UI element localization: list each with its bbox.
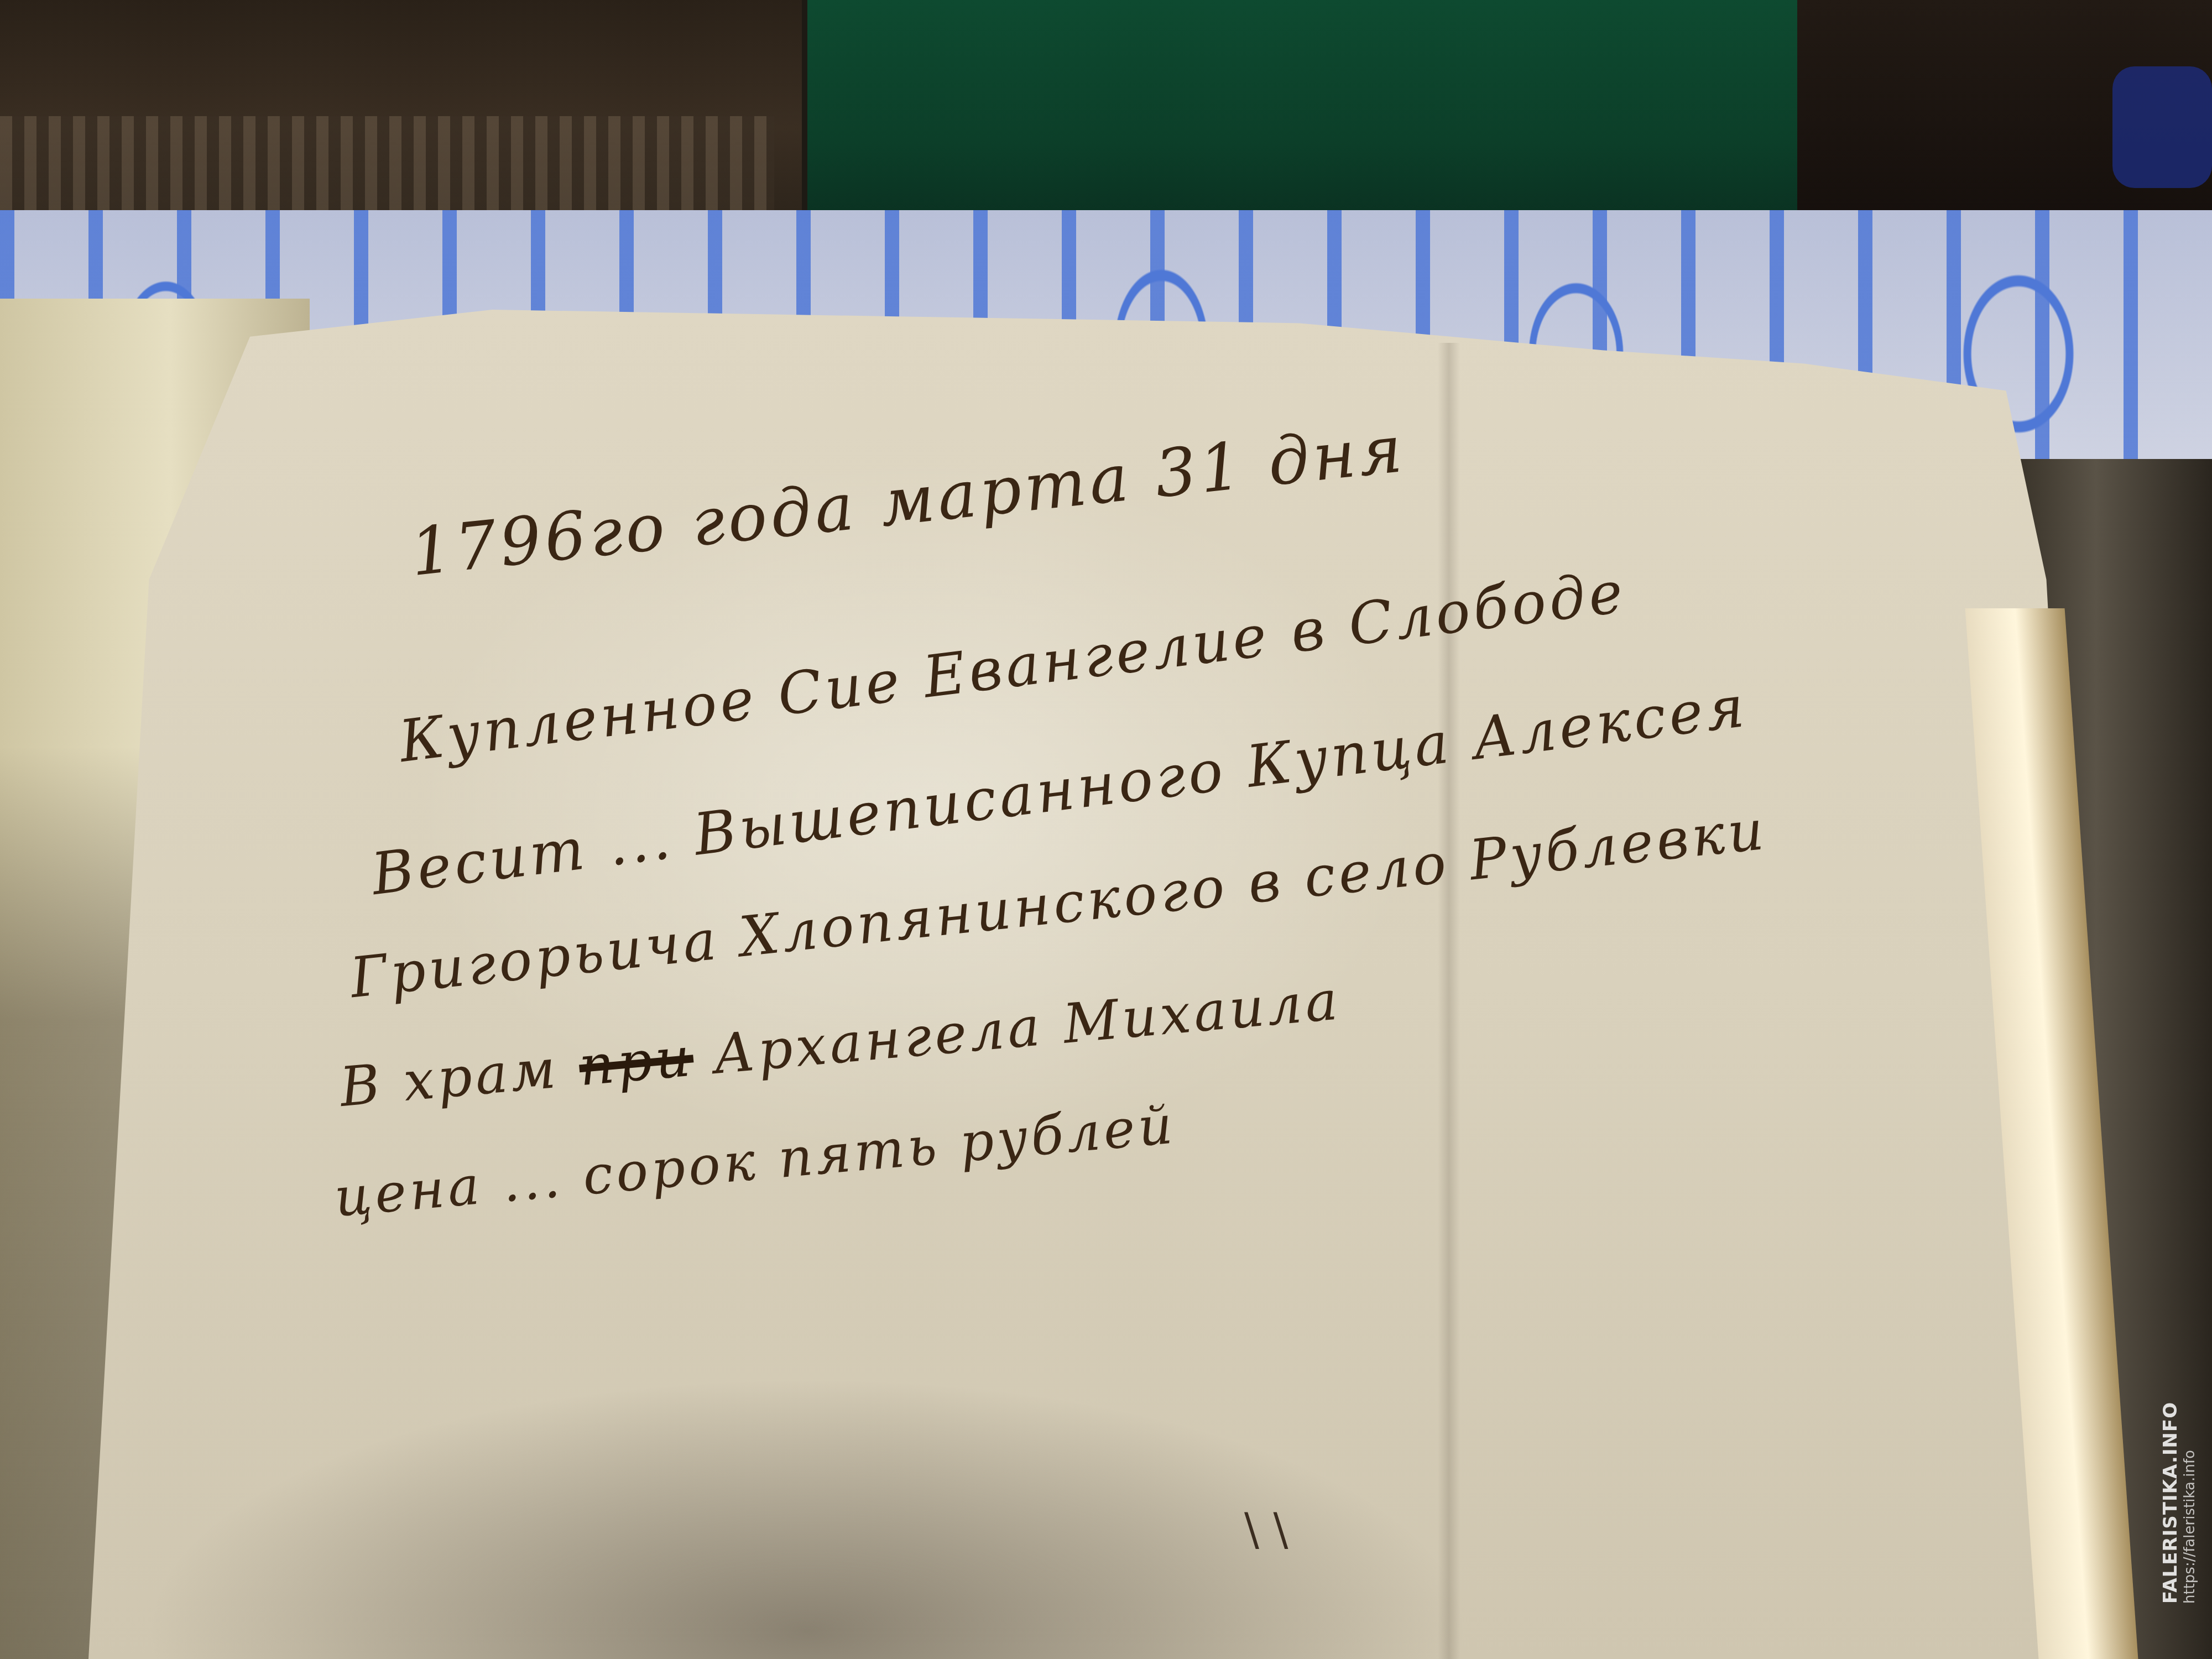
watermark-url: https://faleristika.info xyxy=(2182,1402,2198,1604)
watermark: FALERISTIKA.INFO https://faleristika.inf… xyxy=(2159,1402,2198,1604)
background-woven-basket xyxy=(0,116,774,216)
background-green-fabric xyxy=(807,0,1803,232)
background-blue-object xyxy=(2112,66,2212,188)
ink-mark: \ \ xyxy=(1244,1504,1288,1556)
cast-shadow xyxy=(88,1023,1747,1659)
watermark-brand: FALERISTIKA.INFO xyxy=(2159,1402,2182,1604)
